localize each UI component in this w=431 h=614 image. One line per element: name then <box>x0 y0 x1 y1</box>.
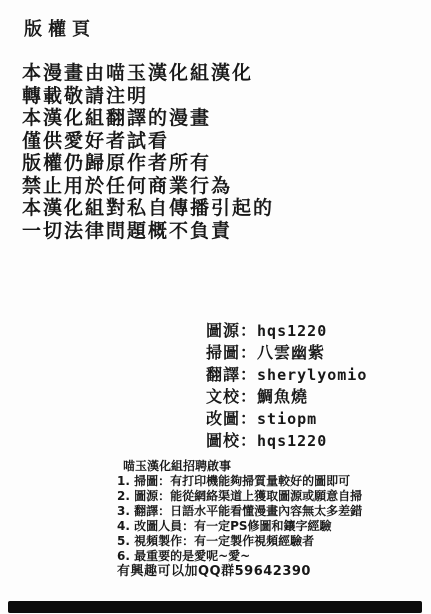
notice-line: 一切法律問題概不負責 <box>22 220 274 243</box>
credit-row: 翻譯：sherylyomio <box>206 364 367 386</box>
recruitment-item: 3. 翻譯：日語水平能看懂漫畫內容無太多差錯 <box>117 504 362 519</box>
recruitment-item: 5. 視頻製作：有一定製作視頻經驗者 <box>117 534 362 549</box>
credit-separator: ： <box>240 365 257 384</box>
credit-name: 鯛魚燒 <box>257 387 308 406</box>
credit-role: 翻譯 <box>206 365 240 384</box>
credit-name: 八雲幽紫 <box>257 343 325 362</box>
credit-row: 文校：鯛魚燒 <box>206 386 367 407</box>
credit-row: 改圖：stiopm <box>206 408 367 430</box>
credit-row: 圖校：hqs1220 <box>206 430 367 452</box>
credit-separator: ： <box>240 387 257 406</box>
credit-name: hqs1220 <box>257 322 327 340</box>
notice-line: 禁止用於任何商業行為 <box>22 175 274 198</box>
copyright-page: 版權頁 本漫畫由喵玉漢化組漢化 轉載敬請注明 本漢化組翻譯的漫畫 僅供愛好者試看… <box>0 0 431 614</box>
notice-line: 本漢化組翻譯的漫畫 <box>22 107 274 130</box>
page-title: 版權頁 <box>24 15 96 41</box>
notice-line: 轉載敬請注明 <box>22 85 274 108</box>
recruitment-item: 1. 掃圖：有打印機能夠掃質量較好的圖即可 <box>117 474 362 489</box>
credit-separator: ： <box>240 409 257 428</box>
notice-line: 僅供愛好者試看 <box>22 130 274 153</box>
credit-role: 圖源 <box>206 321 240 340</box>
credit-separator: ： <box>240 343 257 362</box>
credit-separator: ： <box>240 431 257 450</box>
recruitment-notice: 喵玉漢化組招聘啟事 1. 掃圖：有打印機能夠掃質量較好的圖即可 2. 圖源：能從… <box>117 459 362 579</box>
credit-name: stiopm <box>257 410 317 428</box>
recruitment-item: 6. 最重要的是愛呢~愛~ <box>117 549 362 564</box>
notice-line: 本漫畫由喵玉漢化組漢化 <box>22 62 274 85</box>
credit-role: 圖校 <box>206 431 240 450</box>
credit-name: hqs1220 <box>257 432 327 450</box>
recruitment-heading: 喵玉漢化組招聘啟事 <box>123 459 362 474</box>
credit-row: 圖源：hqs1220 <box>206 320 367 342</box>
page-bottom-scan-bar <box>8 601 422 613</box>
credits-list: 圖源：hqs1220 掃圖：八雲幽紫 翻譯：sherylyomio 文校：鯛魚燒… <box>206 320 367 452</box>
credit-role: 改圖 <box>206 409 240 428</box>
recruitment-item: 2. 圖源：能從網絡渠道上獲取圖源或願意自掃 <box>117 489 362 504</box>
copyright-notice: 本漫畫由喵玉漢化組漢化 轉載敬請注明 本漢化組翻譯的漫畫 僅供愛好者試看 版權仍… <box>22 62 274 242</box>
recruitment-item: 4. 改圖人員：有一定PS修圖和鑲字經驗 <box>117 519 362 534</box>
credit-name: sherylyomio <box>257 366 367 384</box>
notice-line: 本漢化組對私自傳播引起的 <box>22 197 274 220</box>
credit-role: 掃圖 <box>206 343 240 362</box>
credit-role: 文校 <box>206 387 240 406</box>
recruitment-contact: 有興趣可以加QQ群59642390 <box>117 564 362 579</box>
credit-row: 掃圖：八雲幽紫 <box>206 342 367 363</box>
credit-separator: ： <box>240 321 257 340</box>
notice-line: 版權仍歸原作者所有 <box>22 152 274 175</box>
